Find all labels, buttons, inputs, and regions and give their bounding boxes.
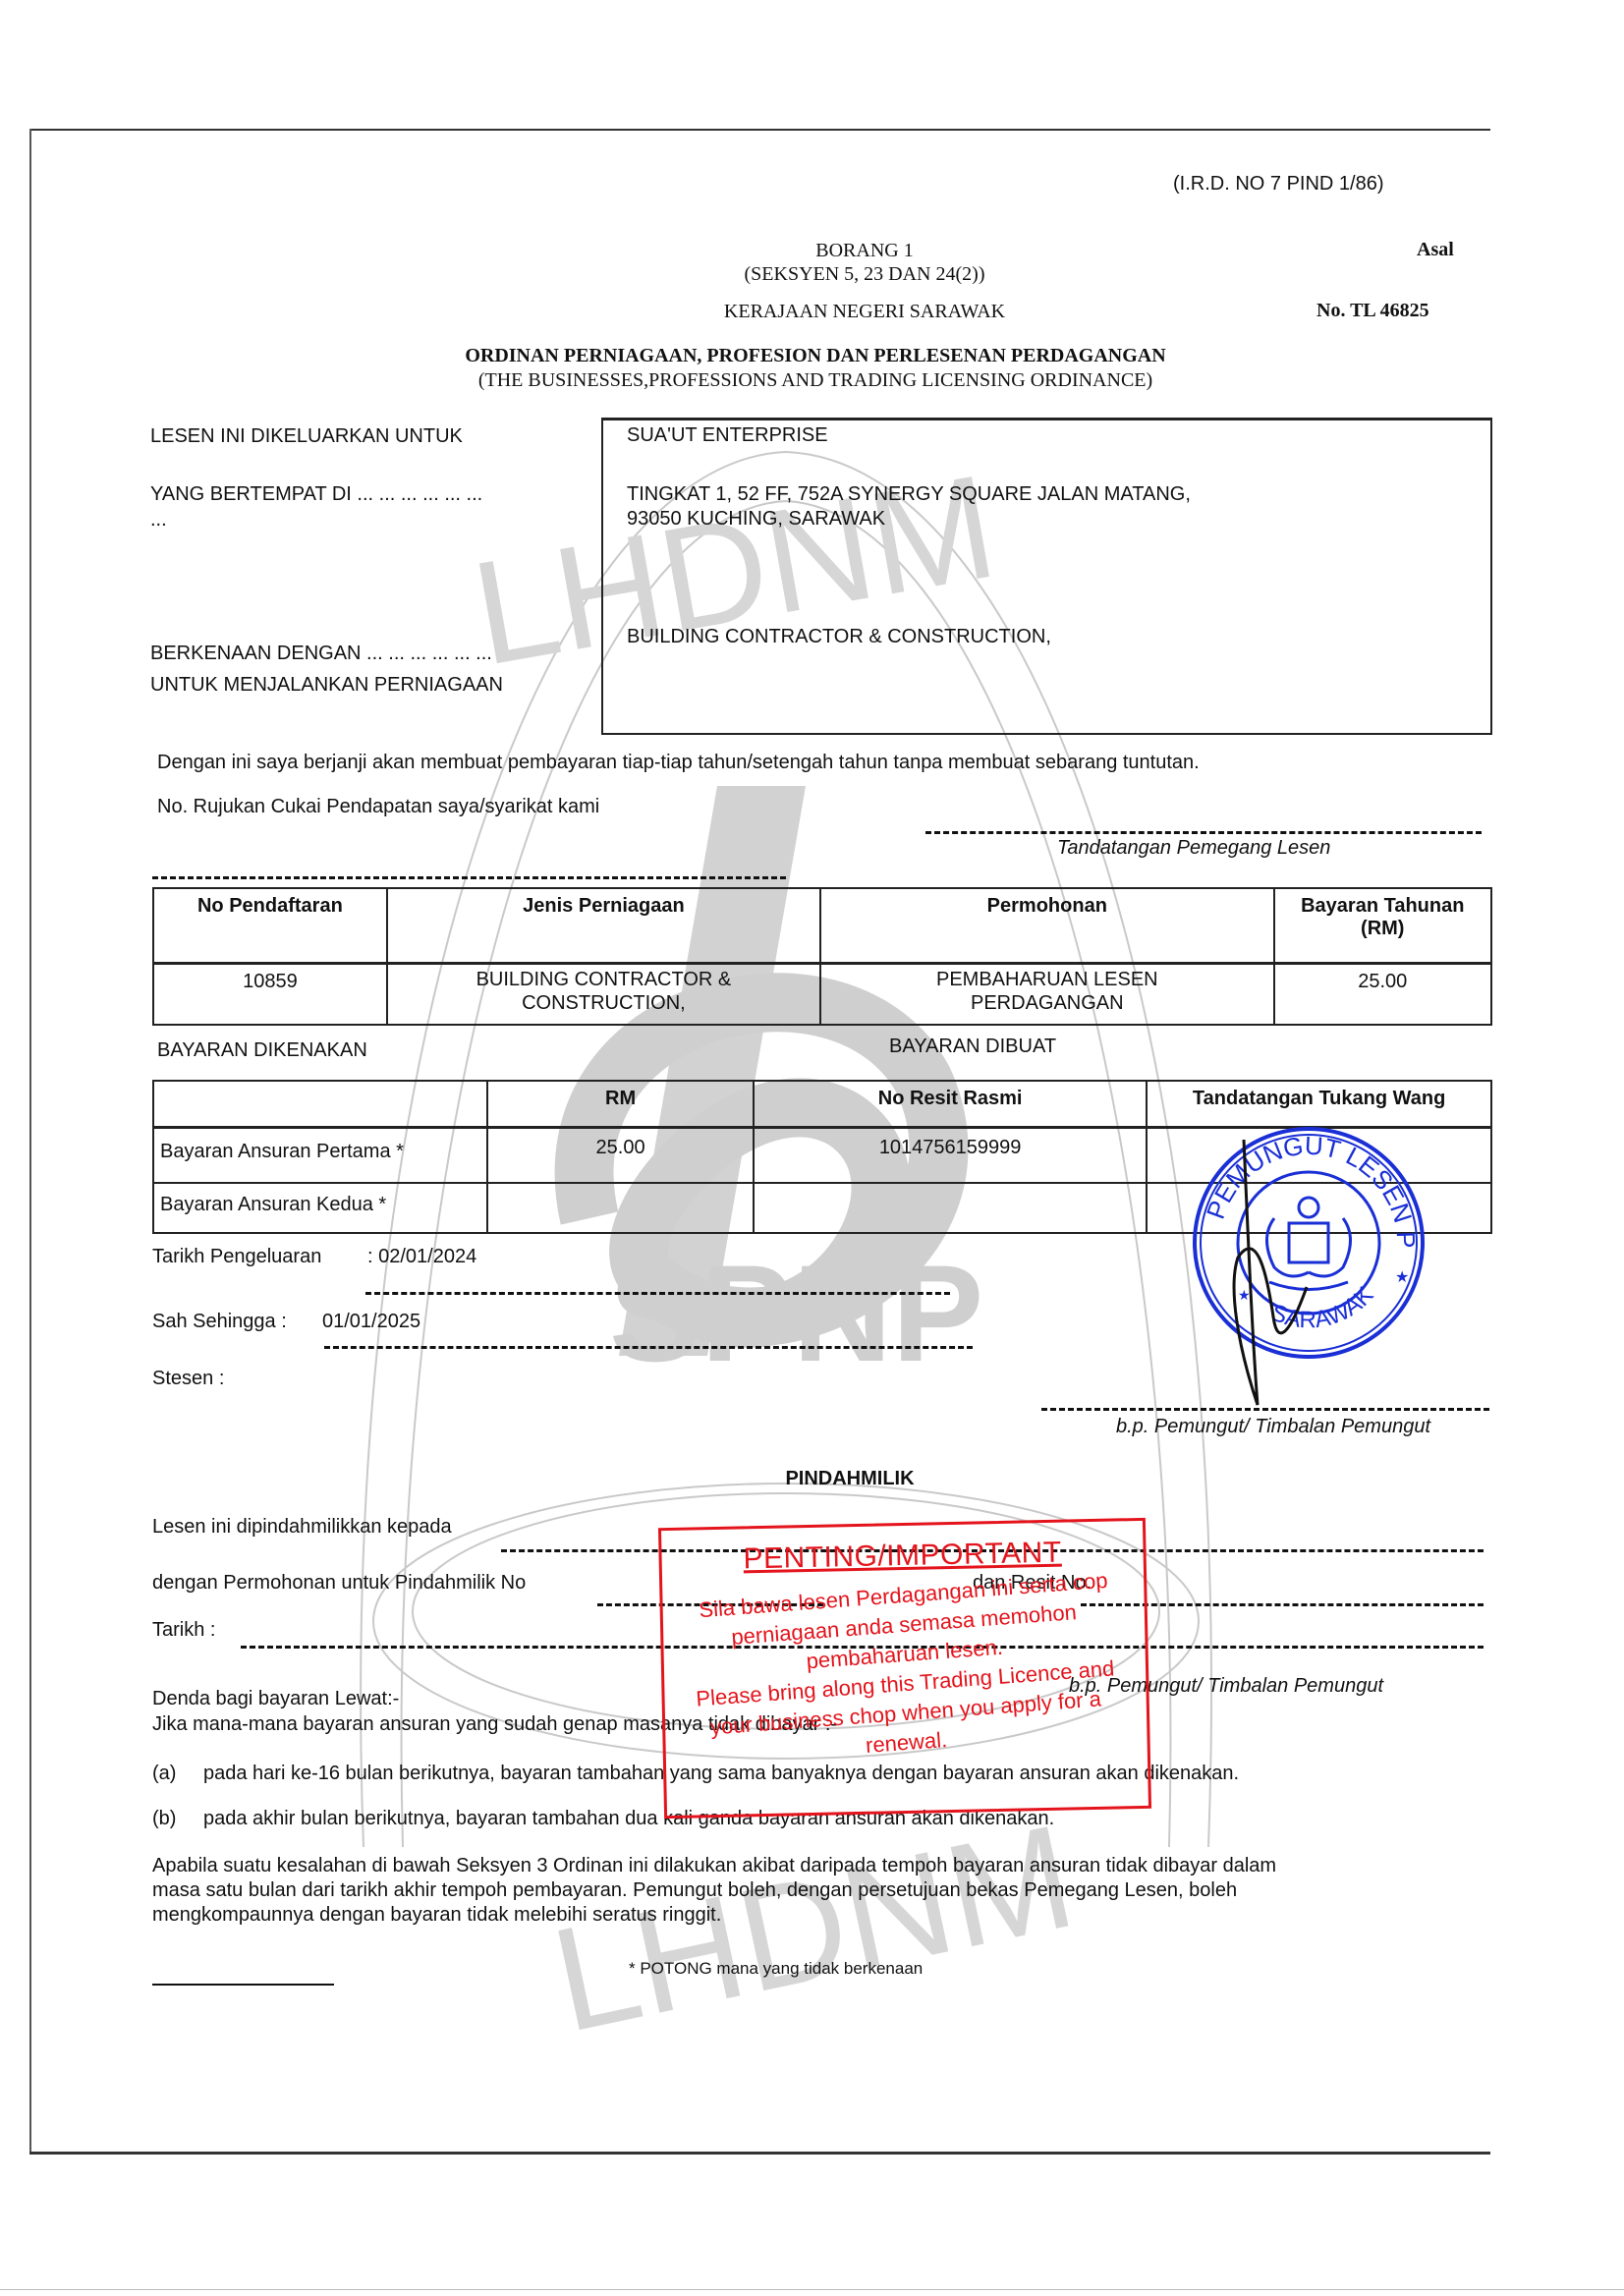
table-row: 10859 BUILDING CONTRACTOR & CONSTRUCTION… — [153, 964, 1491, 1026]
tax-reference-line[interactable] — [152, 876, 786, 879]
address-line-1: TINGKAT 1, 52 FF, 752A SYNERGY SQUARE JA… — [627, 483, 1191, 506]
penalty-item-b-marker: (b) — [152, 1808, 176, 1830]
business-type: BUILDING CONTRACTOR & CONSTRUCTION, — [387, 964, 820, 1026]
issue-date-value: : 02/01/2024 — [367, 1246, 476, 1268]
frame-top-border — [29, 129, 1490, 131]
transfer-application-label: dengan Permohonan untuk Pindahmilik No — [152, 1572, 526, 1595]
frame-left-border — [29, 129, 31, 2153]
transferred-to-label: Lesen ini dipindahmilikkan kepada — [152, 1516, 452, 1539]
svg-text:★: ★ — [1395, 1269, 1409, 1286]
located-at-label: YANG BERTEMPAT DI ... ... ... ... ... ..… — [150, 483, 482, 506]
first-instalment-label: Bayaran Ansuran Pertama * — [153, 1128, 487, 1184]
payment-made-label: BAYARAN DIBUAT — [889, 1036, 1056, 1058]
second-instalment-amount — [487, 1183, 754, 1233]
collector-signature-icon — [1218, 1130, 1336, 1415]
collector-signature-label: b.p. Pemungut/ Timbalan Pemungut — [1116, 1416, 1430, 1438]
payment-table-header: RM No Resit Rasmi Tandatangan Tukang Wan… — [153, 1081, 1491, 1128]
form-reference: (I.R.D. NO 7 PIND 1/86) — [1173, 173, 1384, 196]
tax-reference-label: No. Rujukan Cukai Pendapatan saya/syarik… — [157, 796, 599, 818]
issue-date-line — [365, 1292, 950, 1295]
transfer-title: PINDAHMILIK — [688, 1468, 1012, 1490]
penalty-title: Denda bagi bayaran Lewat:- — [152, 1688, 399, 1710]
first-instalment-receipt: 1014756159999 — [754, 1128, 1147, 1184]
penalty-item-a-marker: (a) — [152, 1763, 176, 1785]
business-type-value: BUILDING CONTRACTOR & CONSTRUCTION, — [627, 626, 1051, 648]
licensee-signature-label: Tandatangan Pemegang Lesen — [1057, 837, 1330, 860]
registration-table-header: No Pendaftaran Jenis Perniagaan Permohon… — [153, 888, 1491, 964]
government-name: KERAJAAN NEGERI SARAWAK — [688, 301, 1041, 323]
header-no-resit-rasmi: No Resit Rasmi — [754, 1081, 1147, 1128]
valid-until-label: Sah Sehingga : — [152, 1311, 287, 1333]
second-instalment-label: Bayaran Ansuran Kedua * — [153, 1183, 487, 1233]
address-line-2: 93050 KUCHING, SARAWAK — [627, 508, 885, 531]
station-label: Stesen : — [152, 1368, 224, 1390]
important-notice-stamp: PENTING/IMPORTANT Sila bawa lesen Perdag… — [658, 1518, 1151, 1819]
copy-type: Asal — [1417, 239, 1454, 261]
form-sections: (SEKSYEN 5, 23 DAN 24(2)) — [688, 263, 1041, 286]
form-title: BORANG 1 — [688, 240, 1041, 262]
footnote-rule — [152, 1984, 334, 1986]
second-instalment-receipt — [754, 1183, 1147, 1233]
licensee-name: SUA'UT ENTERPRISE — [627, 424, 828, 447]
header-tandatangan-tukang-wang: Tandatangan Tukang Wang — [1147, 1081, 1491, 1128]
valid-until-line — [324, 1346, 973, 1349]
application-type: PEMBAHARUAN LESEN PERDAGANGAN — [820, 964, 1273, 1026]
business-label: UNTUK MENJALANKAN PERNIAGAAN — [150, 674, 503, 697]
header-bayaran-tahunan: Bayaran Tahunan (RM) — [1274, 888, 1491, 964]
header-no-pendaftaran: No Pendaftaran — [153, 888, 387, 964]
transfer-date-label: Tarikh : — [152, 1619, 215, 1642]
compound-paragraph-line-2: masa satu bulan dari tarikh akhir tempoh… — [152, 1879, 1237, 1902]
registration-table: No Pendaftaran Jenis Perniagaan Permohon… — [152, 887, 1492, 1026]
payment-charged-label: BAYARAN DIKENAKAN — [157, 1039, 367, 1062]
compound-paragraph-line-3: mengkompaunnya dengan bayaran tidak mele… — [152, 1904, 721, 1927]
located-at-label-continued: ... — [150, 509, 167, 532]
issue-date-label: Tarikh Pengeluaran — [152, 1246, 321, 1268]
header-rm: RM — [487, 1081, 754, 1128]
header-permohonan: Permohonan — [820, 888, 1273, 964]
footnote: * POTONG mana yang tidak berkenaan — [629, 1959, 923, 1979]
compound-paragraph-line-1: Apabila suatu kesalahan di bawah Seksyen… — [152, 1855, 1276, 1877]
annual-fee: 25.00 — [1274, 964, 1491, 1026]
regarding-label: BERKENAAN DENGAN ... ... ... ... ... ... — [150, 643, 492, 665]
licensee-details-box — [601, 418, 1492, 735]
registration-number: 10859 — [153, 964, 387, 1026]
page-edge — [0, 2289, 1624, 2290]
issued-to-label: LESEN INI DIKELUARKAN UNTUK — [150, 425, 463, 448]
licensee-signature-line — [925, 831, 1482, 834]
header-blank — [153, 1081, 487, 1128]
frame-bottom-border — [29, 2152, 1490, 2155]
licence-number: No. TL 46825 — [1316, 300, 1429, 322]
ordinance-title-english: (THE BUSINESSES,PROFESSIONS AND TRADING … — [275, 369, 1356, 392]
valid-until-value: 01/01/2025 — [322, 1311, 420, 1333]
ordinance-title-malay: ORDINAN PERNIAGAAN, PROFESION DAN PERLES… — [275, 345, 1356, 367]
svg-text:SPNP: SPNP — [609, 1236, 983, 1390]
first-instalment-amount: 25.00 — [487, 1128, 754, 1184]
header-jenis-perniagaan: Jenis Perniagaan — [387, 888, 820, 964]
payment-promise: Dengan ini saya berjanji akan membuat pe… — [157, 752, 1200, 774]
